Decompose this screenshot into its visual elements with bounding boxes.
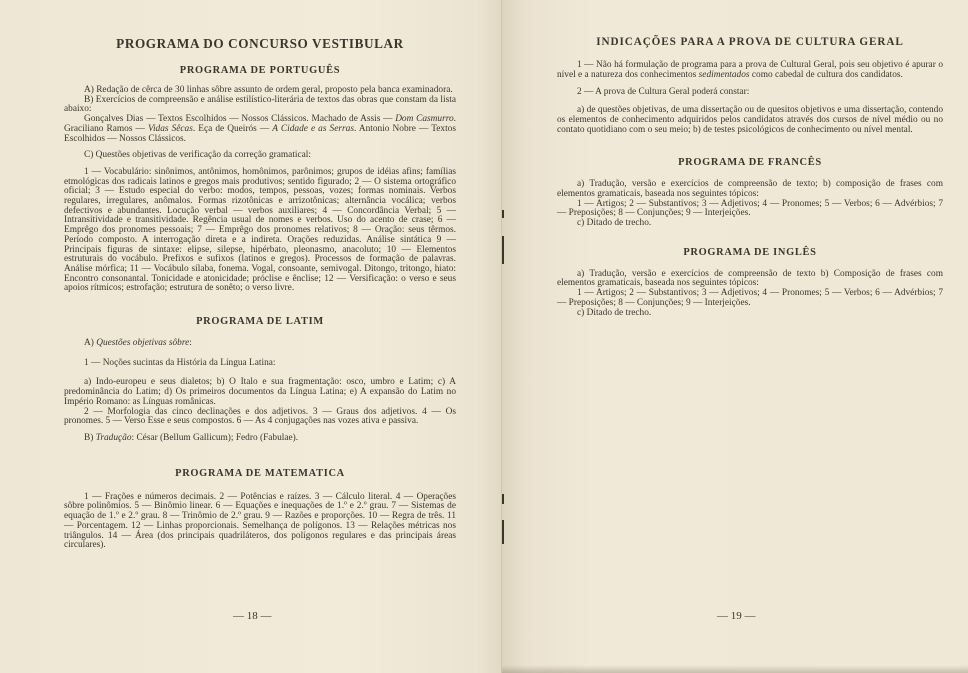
book-title: Dom Casmurro	[395, 114, 453, 124]
page-18-content: PROGRAMA DO CONCURSO VESTIBULAR PROGRAMA…	[64, 36, 456, 551]
reading-list-text: Gonçalves Dias — Textos Escolhidos — Nos…	[84, 114, 395, 124]
latim-item-b: B) Tradução: César (Bellum Gallicum); Fe…	[64, 434, 456, 444]
book-gutter	[501, 0, 502, 673]
binding-mark	[502, 494, 504, 504]
ingles-topics: 1 — Artigos; 2 — Substantivos; 3 — Adjet…	[557, 289, 943, 308]
paragraph-text: como cabedal de cultura dos candidatos.	[750, 70, 903, 80]
frances-item-c: c) Ditado de trecho.	[557, 219, 943, 229]
latim-item-2: 2 — Morfologia das cinco declinações e d…	[64, 408, 456, 427]
section-heading-ingles: PROGRAMA DE INGLÊS	[557, 247, 943, 258]
book-title: Vidas Sêcas	[148, 124, 193, 134]
item-label: B)	[84, 433, 96, 443]
matematica-body: 1 — Frações e números decimais. 2 — Potê…	[64, 493, 456, 551]
latim-item-1: 1 — Noções sucintas da História da Língu…	[64, 359, 456, 369]
portugues-item-c: C) Questões objetivas de verificação da …	[64, 151, 456, 161]
page-18: PROGRAMA DO CONCURSO VESTIBULAR PROGRAMA…	[0, 0, 501, 673]
cultura-item-1: 1 — Não há formulação de programa para a…	[557, 61, 943, 80]
section-heading-matematica: PROGRAMA DE MATEMATICA	[64, 468, 456, 479]
binding-mark	[502, 520, 504, 544]
binding-mark	[502, 210, 504, 218]
item-label-italic: Tradução	[96, 433, 132, 443]
item-label: A)	[84, 338, 96, 348]
page-19: INDICAÇÕES PARA A PROVA DE CULTURA GERAL…	[501, 0, 968, 673]
book-title: A Cidade e as Serras	[272, 124, 354, 134]
section-heading-portugues: PROGRAMA DE PORTUGUÊS	[64, 65, 456, 76]
book-spread: PROGRAMA DO CONCURSO VESTIBULAR PROGRAMA…	[0, 0, 968, 673]
portugues-reading-list: Gonçalves Dias — Textos Escolhidos — Nos…	[64, 115, 456, 144]
page-number: — 18 —	[233, 610, 272, 622]
ingles-item-c: c) Ditado de trecho.	[557, 309, 943, 319]
page-number: — 19 —	[717, 610, 756, 622]
section-heading-latim: PROGRAMA DE LATIM	[64, 316, 456, 327]
item-text: : César (Bellum Gallicum); Fedro (Fabula…	[132, 433, 299, 443]
frances-item-a: a) Tradução, versão e exercícios de comp…	[557, 180, 943, 199]
item-label-italic: Questões objetivas sôbre	[96, 338, 189, 348]
cultura-item-2: 2 — A prova de Cultura Geral poderá cons…	[557, 88, 943, 98]
punctuation: :	[189, 338, 192, 348]
binding-mark	[502, 236, 504, 264]
page-19-content: INDICAÇÕES PARA A PROVA DE CULTURA GERAL…	[557, 36, 943, 318]
reading-list-text: . Eça de Queirós —	[193, 124, 272, 134]
page-title: INDICAÇÕES PARA A PROVA DE CULTURA GERAL	[557, 36, 943, 48]
latim-item-a: A) Questões objetivas sôbre:	[64, 339, 456, 349]
portugues-item-b: B) Exercícios de compreensão e análise e…	[64, 96, 456, 115]
page-title: PROGRAMA DO CONCURSO VESTIBULAR	[64, 36, 456, 52]
cultura-item-2-body: a) de questões objetivas, de uma dissert…	[557, 106, 943, 135]
frances-topics: 1 — Artigos; 2 — Substantivos; 3 — Adjet…	[557, 200, 943, 219]
section-heading-frances: PROGRAMA DE FRANCÊS	[557, 157, 943, 168]
latim-item-1-body: a) Indo-europeu e seus dialetos; b) O It…	[64, 378, 456, 407]
portugues-item-c-body: 1 — Vocabulário: sinônimos, antônimos, h…	[64, 168, 456, 294]
emphasis-text: sedimentados	[699, 70, 750, 80]
ingles-item-a: a) Tradução, versão e exercícios de comp…	[557, 270, 943, 289]
